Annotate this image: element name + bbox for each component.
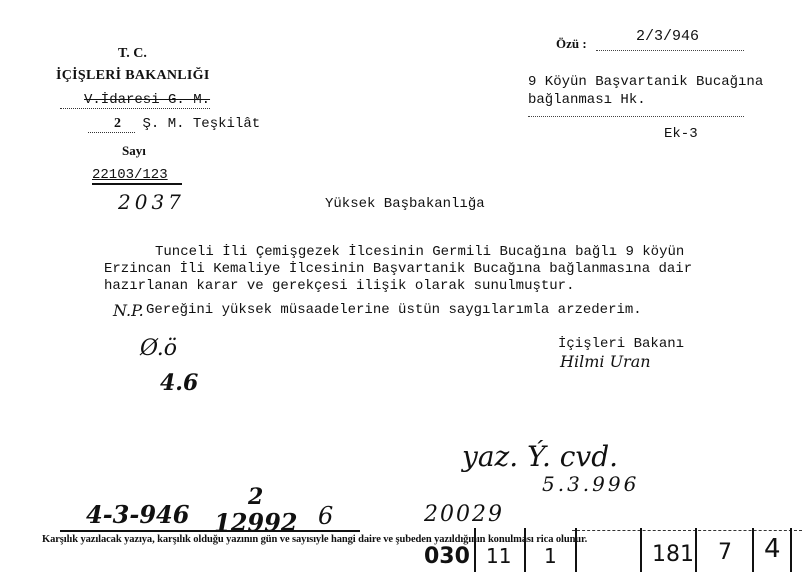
signature: Hilmi Uran [560,352,651,371]
footer-cell-6: 7 [718,540,732,565]
branch-number: 2 [88,116,135,133]
department-line: V.İdaresi G. M. [60,92,210,109]
sayi-label: Sayı [122,143,146,159]
branch-line: 2 Ş. M. Teşkilât [88,116,260,133]
addressee: Yüksek Başbakanlığa [325,196,485,212]
footer-cell-2: 11 [486,544,511,568]
sayi-value: 22103/123 [92,167,182,185]
branch-name: Ş. M. Teşkilât [143,116,261,132]
subject-line-1: 9 Köyün Başvartanik Bucağına [528,74,763,90]
handwritten-note-right-2: 5.3.996 [542,472,639,496]
footer-cell-7: 4 [764,534,781,564]
bottom-handwritten-number: 20029 [424,502,504,527]
bottom-handwritten-date: 4-3-946 [86,500,189,529]
tc-header: T. C. [118,46,147,62]
attachment-label: Ek-3 [664,126,698,142]
bottom-handwritten-6: 6 [318,502,333,530]
subject-date: 2/3/946 [636,28,699,45]
handwritten-number: 2037 [118,190,185,214]
ozu-label: Özü : [556,36,587,52]
footer-cell-3: 1 [544,544,557,568]
signatory-title: İçişleri Bakanı [558,336,684,352]
closing-prefix: N.P. [113,301,144,320]
paragraph-line-3: hazırlanan karar ve gerekçesi ilişik ola… [104,278,574,294]
handwritten-note-right-1: yaz. Ý. cvd. [462,440,618,473]
closing-sentence: Gereğini yüksek müsaadelerine üstün sayg… [146,302,642,318]
ministry-name: İÇİŞLERİ BAKANLIĞI [56,68,210,84]
bottom-fraction-denominator: 12992 [214,508,298,537]
handwritten-note-left-1: Ø.ö [140,336,177,361]
paragraph-line-1: Tunceli İli Çemişgezek İlcesinin Germili… [155,244,684,260]
subject-line-2: bağlanması Hk. [528,92,646,108]
paragraph-line-2: Erzincan İli Kemaliye İlcesinin Başvarta… [104,261,692,277]
footer-cell-1: 030 [424,544,470,569]
handwritten-note-left-2: 4.6 [160,370,198,396]
bottom-underline [60,530,360,532]
footer-cell-5: 181 [652,542,694,567]
bottom-fraction-numerator: 2 [248,484,263,510]
department-name: V.İdaresi G. M. [60,92,210,109]
